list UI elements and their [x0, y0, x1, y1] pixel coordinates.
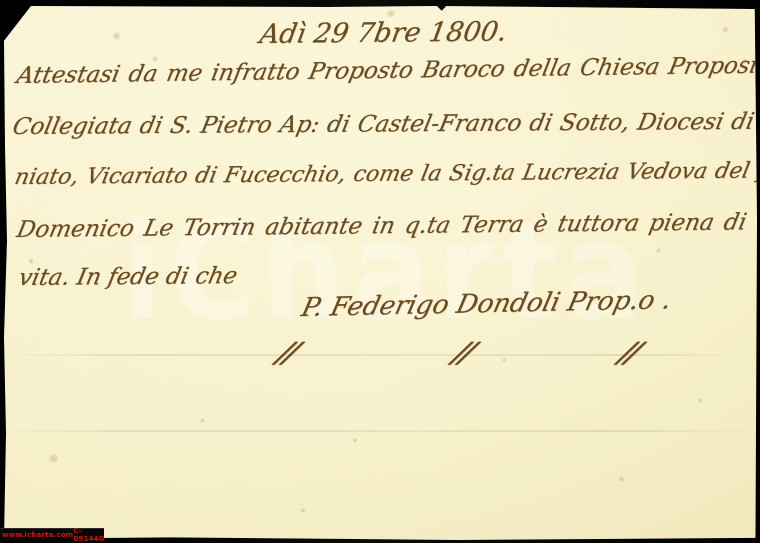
scanner-background: iCharta Adì 29 7bre 1800. Attestasi da m… — [0, 0, 760, 543]
archive-code-text: C-09144G — [73, 527, 104, 543]
body-line: niato, Vicariato di Fucecchio, come la S… — [12, 158, 757, 190]
paper-crease — [4, 354, 757, 356]
paper-crease — [4, 430, 757, 432]
archive-site-text: www.icharta.com — [2, 531, 73, 539]
body-line: Attestasi da me infratto Proposto Baroco… — [14, 52, 757, 89]
body-line: Domenico Le Torrin abitante in q.ta Terr… — [14, 209, 748, 243]
flourish-mark: // — [271, 336, 303, 369]
flourish-mark: // — [447, 336, 479, 369]
date-line: Adì 29 7bre 1800. — [257, 16, 509, 50]
archive-label-bar: www.icharta.com C-09144G — [0, 528, 104, 540]
body-line: Collegiata di S. Pietro Ap: di Castel-Fr… — [10, 108, 757, 140]
manuscript-paper: iCharta Adì 29 7bre 1800. Attestasi da m… — [4, 6, 757, 540]
closing-line: vita. In fede di che — [16, 263, 239, 291]
paper-edge-notch — [437, 6, 446, 11]
signature: P. Federigo Dondoli Prop.o . — [299, 285, 675, 323]
flourish-mark: // — [613, 336, 645, 369]
